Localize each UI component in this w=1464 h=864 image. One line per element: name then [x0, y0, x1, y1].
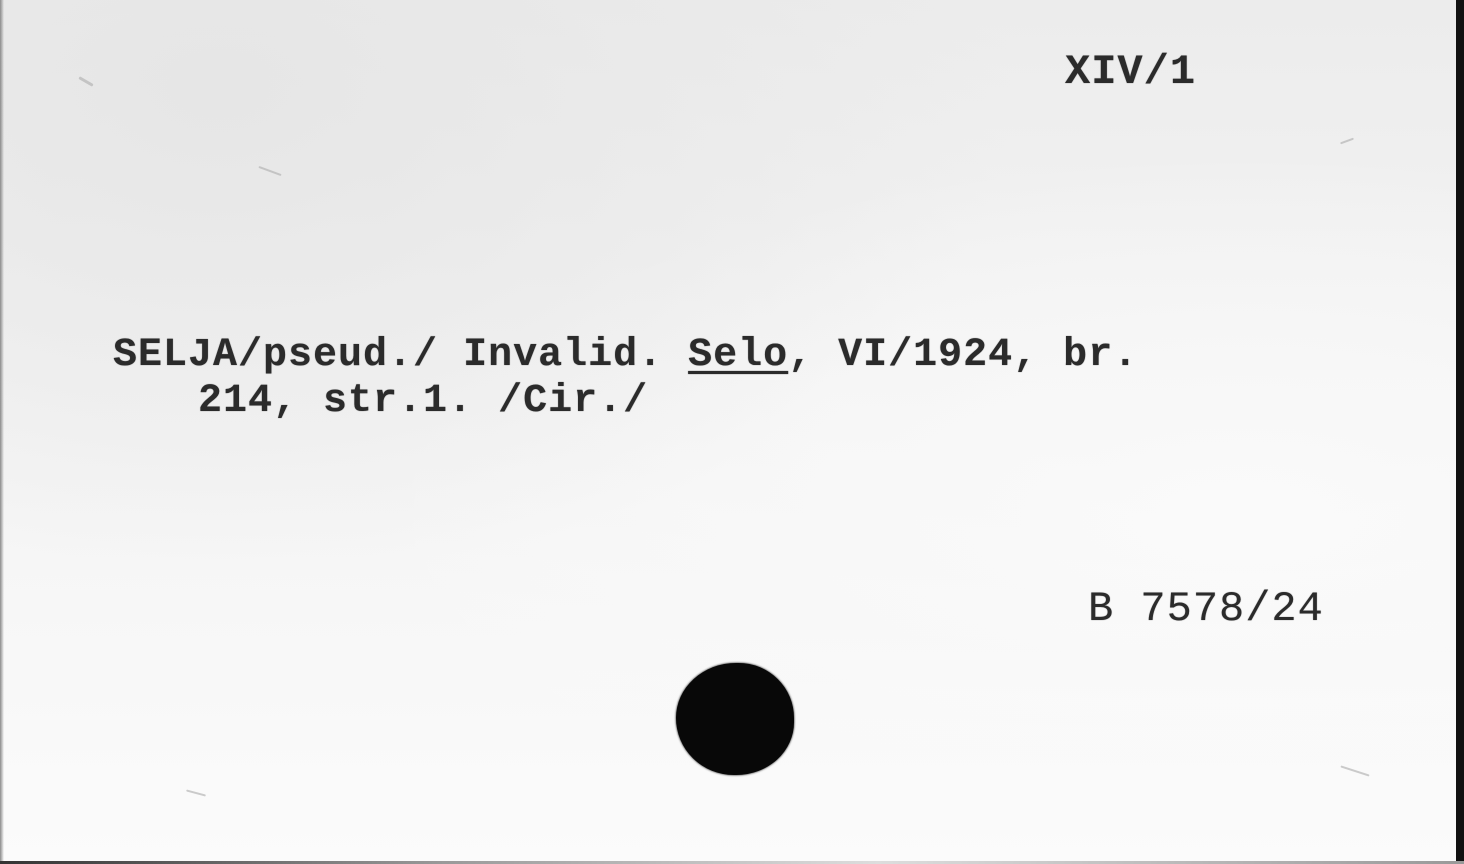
paper-speck [1340, 138, 1354, 145]
work-title: Invalid. [463, 333, 663, 378]
catalog-number: B 7578/24 [1088, 585, 1324, 633]
paper-speck [186, 789, 206, 796]
shelfmark: XIV/1 [1065, 48, 1196, 96]
pseudonym-note: /pseud./ [238, 333, 438, 378]
author-heading: SELJA [113, 333, 238, 378]
script-note: /Cir./ [498, 379, 648, 424]
paper-speck [258, 166, 281, 176]
paper-speck [1340, 765, 1369, 776]
source-periodical: Selo [688, 333, 788, 378]
index-card: XIV/1 SELJA/pseud./ Invalid. Selo, VI/19… [0, 0, 1464, 864]
page-info: 214, str.1. [198, 379, 473, 424]
punch-hole [676, 663, 794, 775]
paper-speck [78, 76, 93, 87]
issue-info: , VI/1924, br. [788, 333, 1138, 378]
entry-line-1: SELJA/pseud./ Invalid. Selo, VI/1924, br… [113, 333, 1138, 378]
card-right-edge [1456, 0, 1464, 864]
card-left-edge [0, 0, 4, 864]
entry-line-2: 214, str.1. /Cir./ [198, 379, 648, 424]
